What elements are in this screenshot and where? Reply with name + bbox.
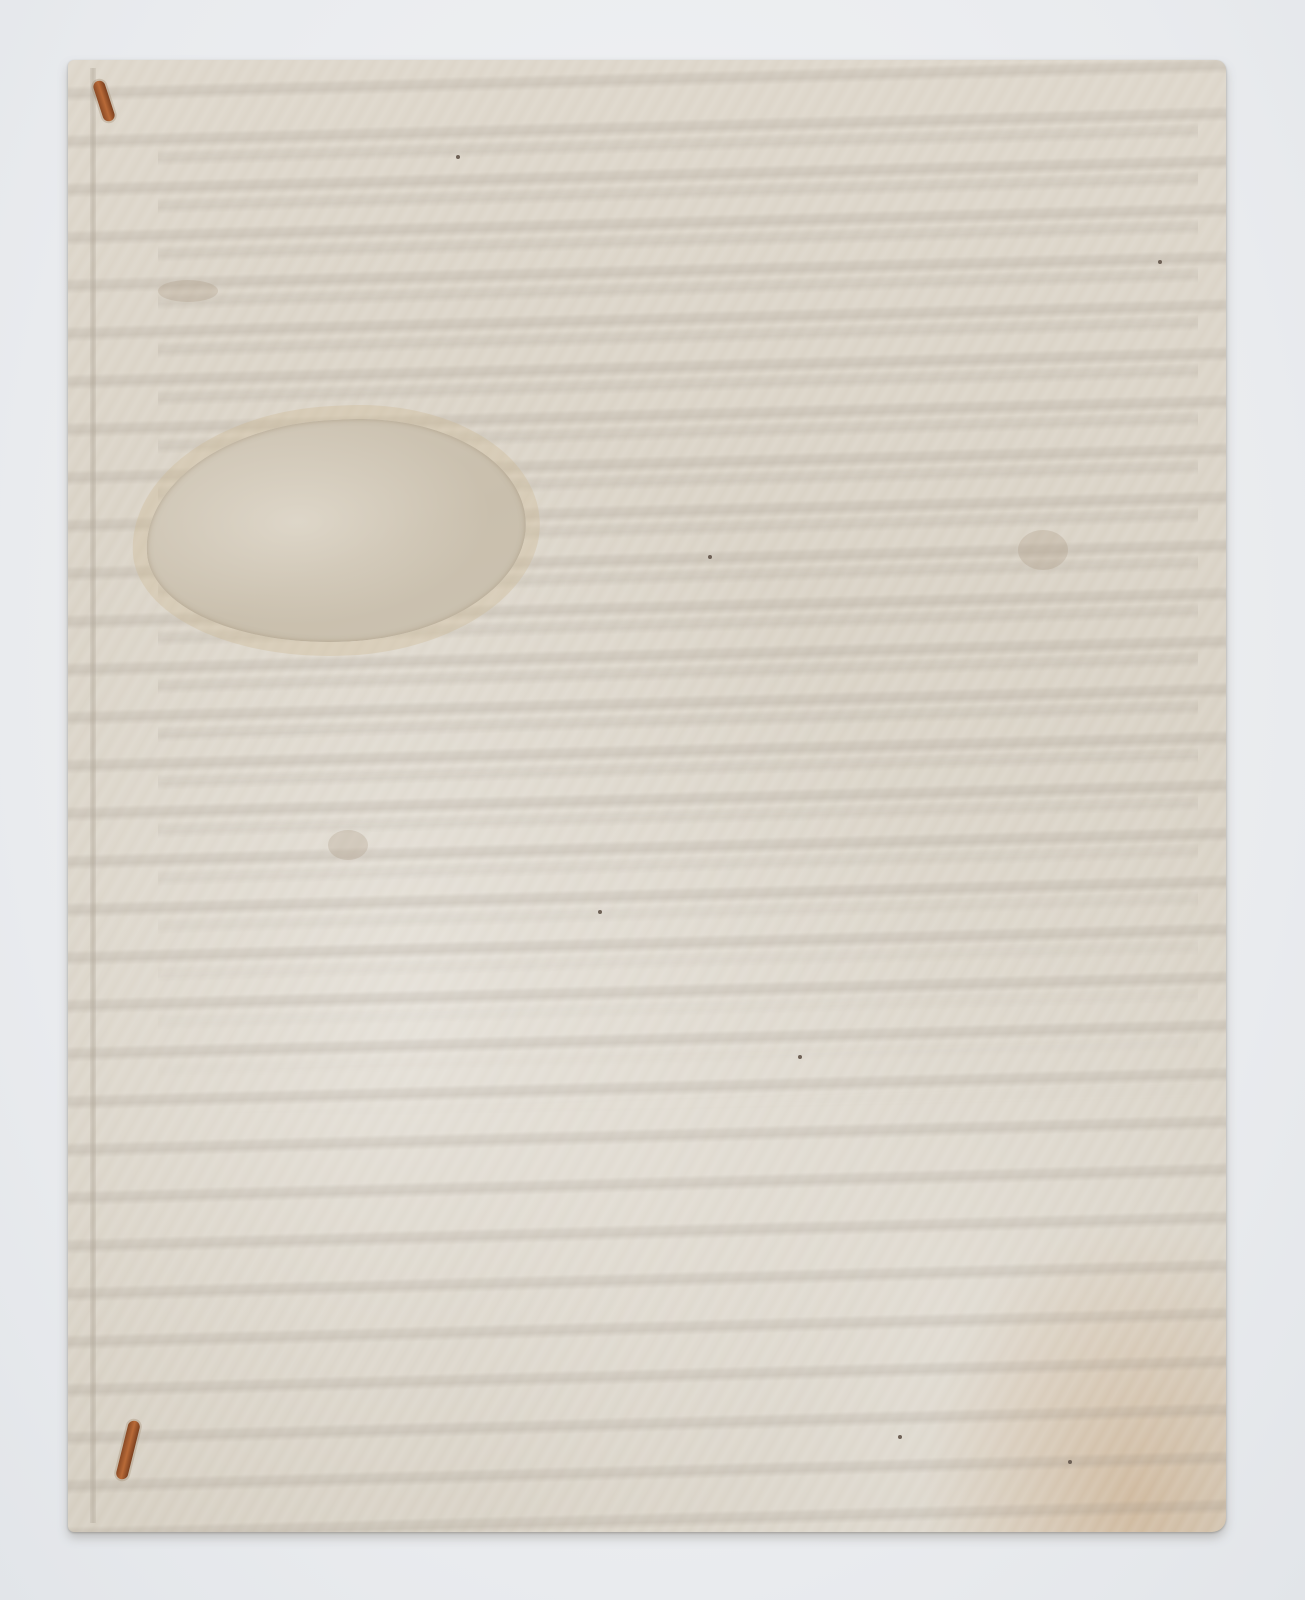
- binding-thong-bottom: [115, 1419, 141, 1480]
- speck: [456, 155, 460, 159]
- speck: [1068, 1460, 1072, 1464]
- stain: [158, 280, 218, 302]
- stain: [1018, 530, 1068, 570]
- speck: [1158, 260, 1162, 264]
- speck: [598, 910, 602, 914]
- oval-repair-patch: [140, 410, 531, 652]
- spine-fold: [90, 68, 96, 1523]
- vellum-cover: [68, 60, 1226, 1532]
- speck: [798, 1055, 802, 1059]
- speck: [898, 1435, 902, 1439]
- speck: [708, 555, 712, 559]
- stain: [328, 830, 368, 860]
